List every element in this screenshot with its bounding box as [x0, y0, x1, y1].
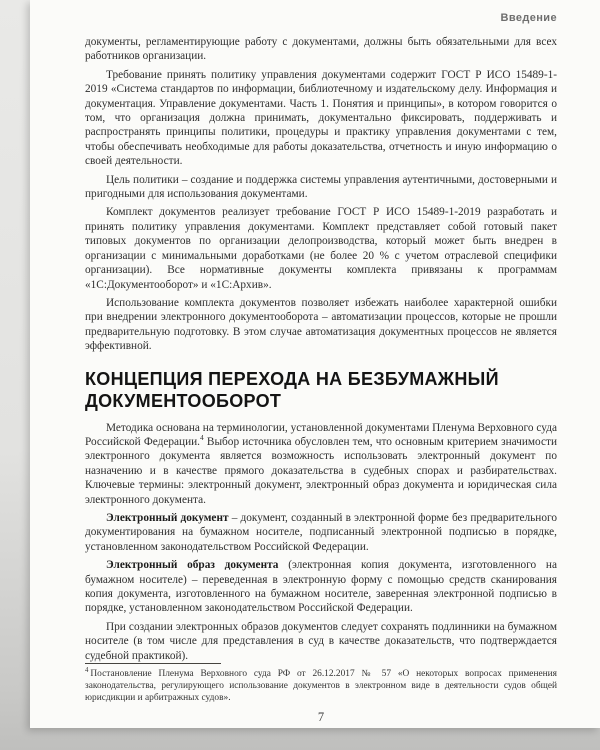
paragraph: Электронный документ – документ, созданн… — [85, 511, 557, 554]
paragraph: Использование комплекта документов позво… — [85, 296, 557, 354]
footnote-text: 4Постановление Пленума Верховного суда Р… — [85, 668, 557, 704]
paragraph: документы, регламентирующие работу с док… — [85, 35, 557, 64]
paragraph: Электронный образ документа (электронная… — [85, 558, 557, 616]
paragraph: При создании электронных образов докумен… — [85, 620, 557, 663]
page-number: 7 — [85, 710, 557, 725]
footnote-body: Постановление Пленума Верховного суда РФ… — [85, 669, 557, 703]
scanned-book-spread: { "document": { "running_header": "Введе… — [0, 0, 600, 750]
running-header: Введение — [85, 12, 557, 25]
paragraph: Методика основана на терминологии, устан… — [85, 421, 557, 507]
paragraph: Требование принять политику управления д… — [85, 68, 557, 169]
footnote-block: 4Постановление Пленума Верховного суда Р… — [85, 663, 557, 704]
paragraph: Цель политики – создание и поддержка сис… — [85, 173, 557, 202]
section-paragraphs: Методика основана на терминологии, устан… — [85, 421, 557, 664]
section-heading: КОНЦЕПЦИЯ ПЕРЕХОДА НА БЕЗБУМАЖНЫЙ ДОКУМЕ… — [85, 368, 557, 413]
footnote-divider — [85, 663, 221, 664]
intro-text-block: документы, регламентирующие работу с док… — [85, 28, 557, 663]
footnote-marker: 4 — [85, 667, 88, 674]
document-page: Введение документы, регламентирующие раб… — [30, 0, 600, 728]
intro-paragraphs: документы, регламентирующие работу с док… — [85, 35, 557, 354]
paragraph: Комплект документов реализует требование… — [85, 205, 557, 291]
